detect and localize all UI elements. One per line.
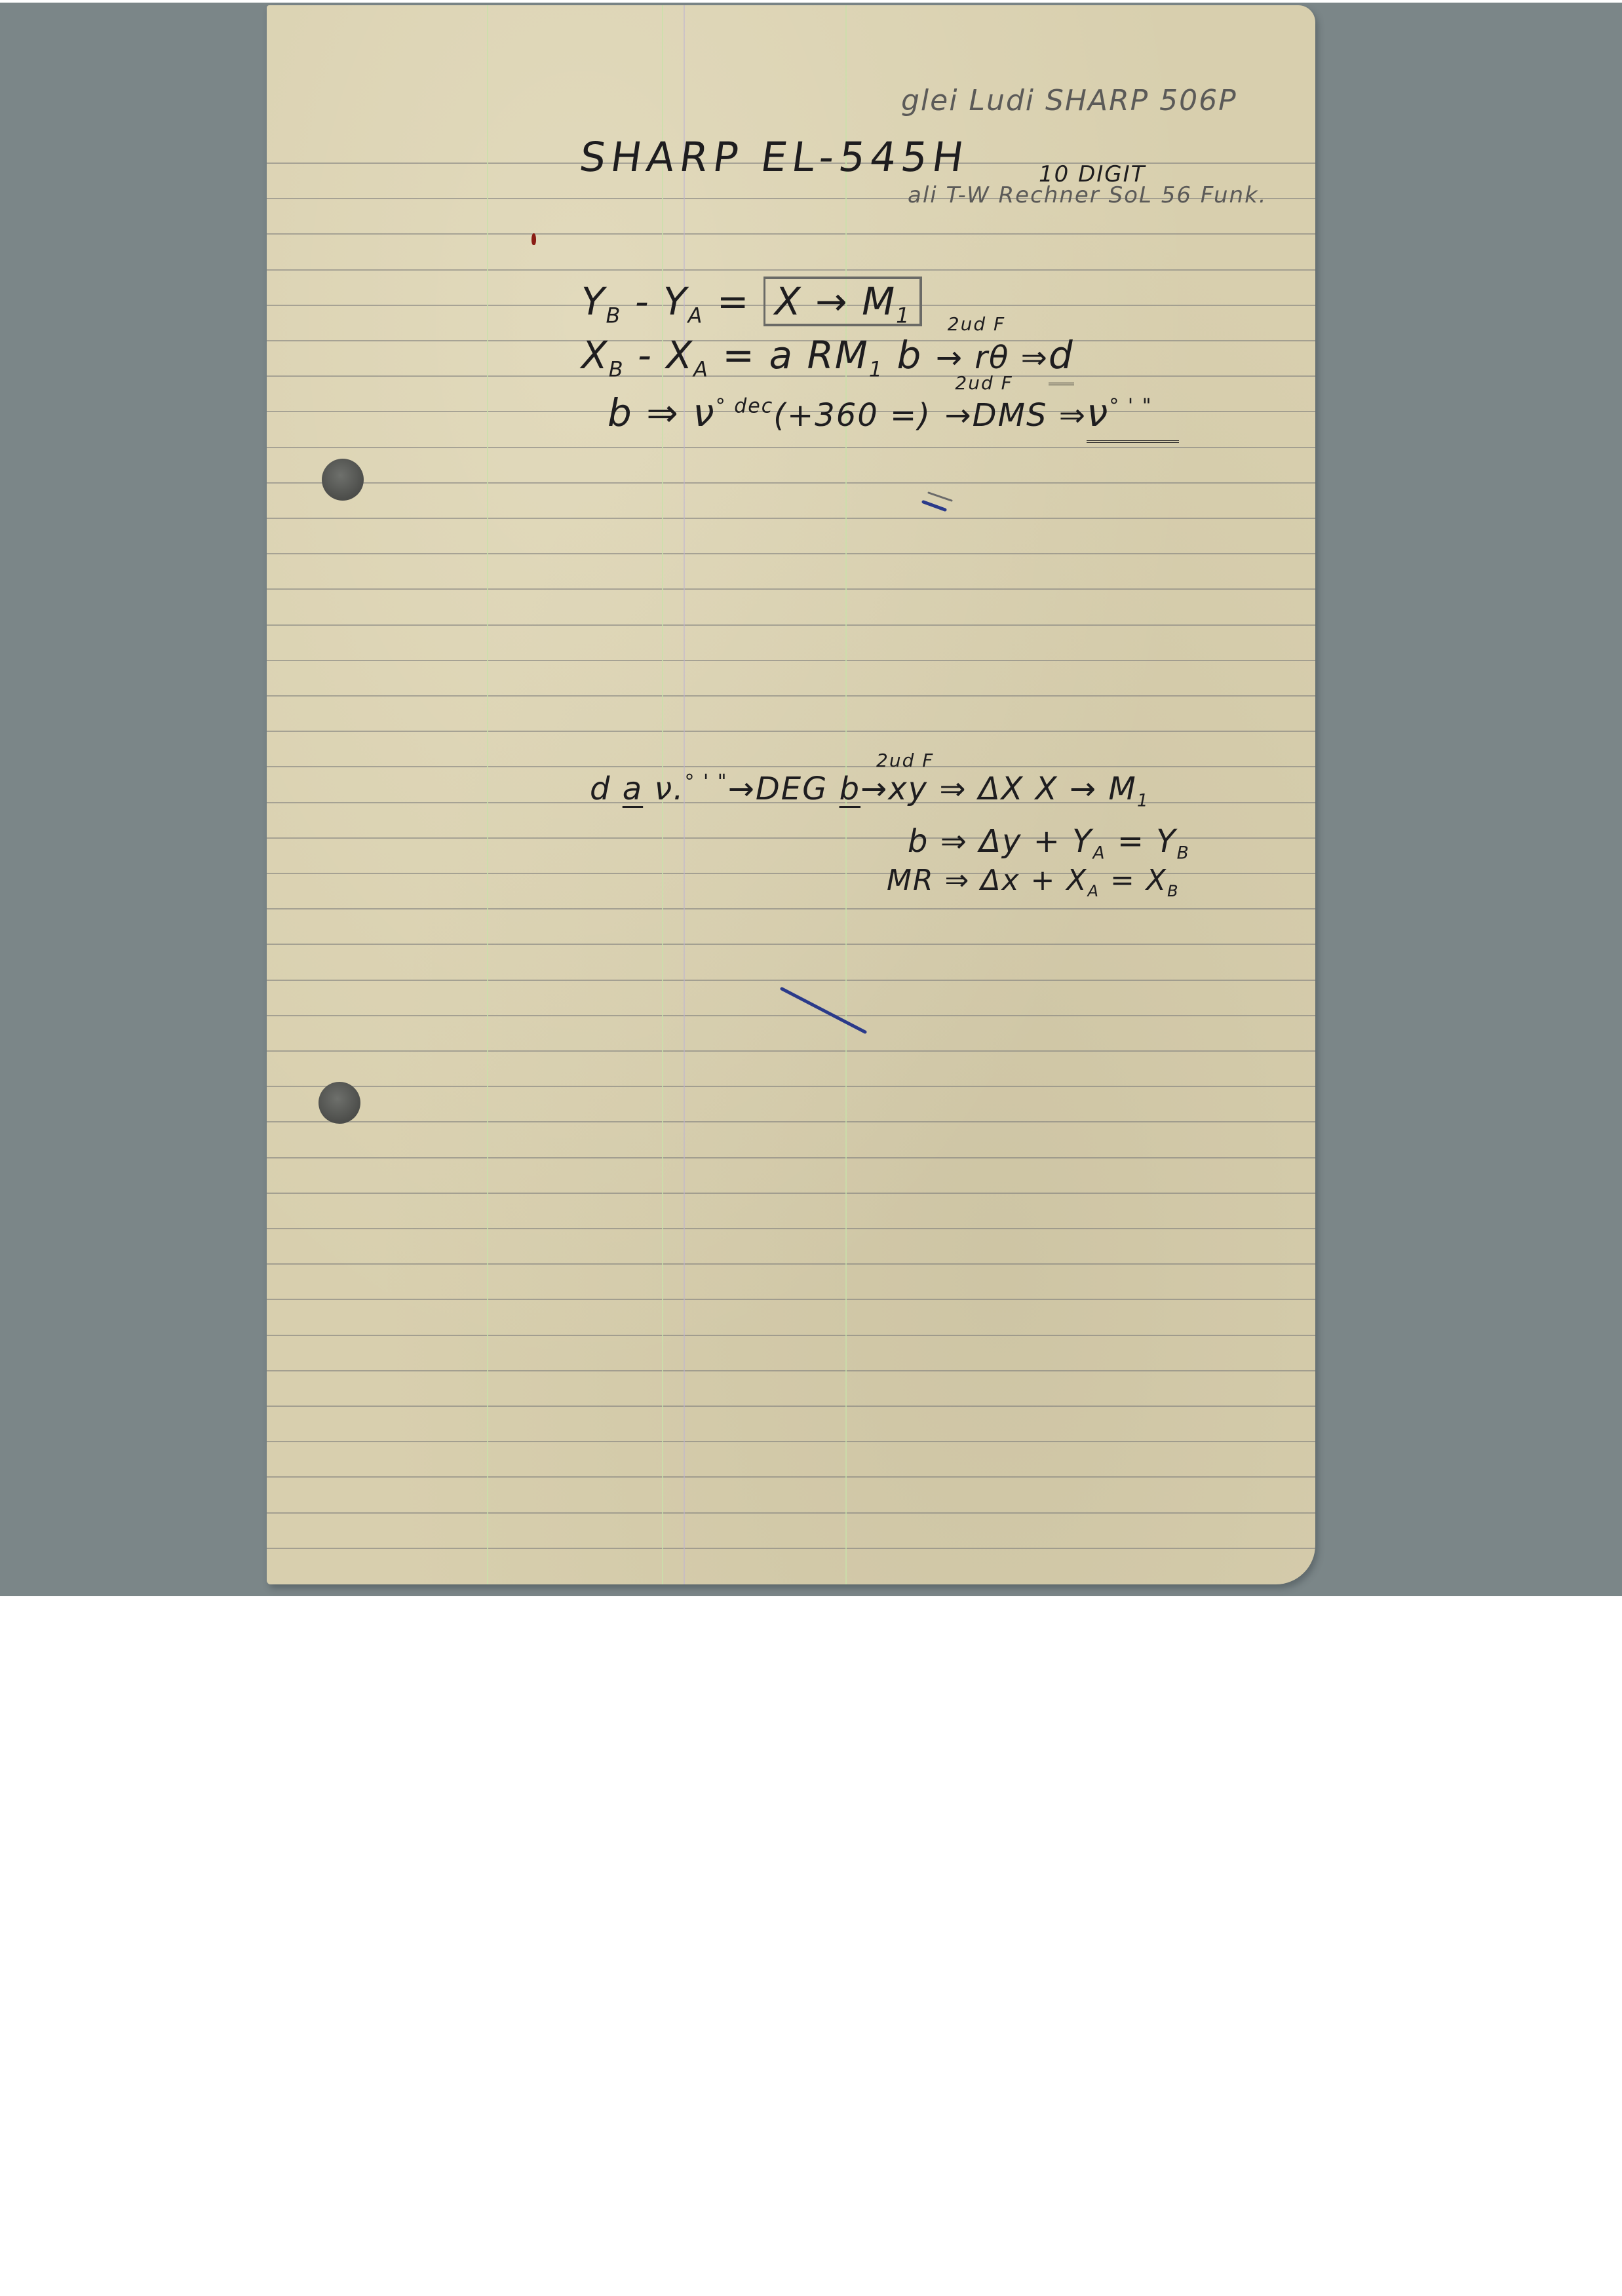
formula-superscript: ° ' " bbox=[1109, 395, 1152, 418]
formula-subscript: A bbox=[1088, 882, 1100, 900]
formula-subscript: 1 bbox=[1137, 791, 1149, 811]
note-calculator: ali T-W Rechner SoL 56 Funk. bbox=[908, 182, 1267, 208]
result-angle: ν° ' " bbox=[1087, 391, 1179, 443]
formula-term: X → M bbox=[775, 279, 896, 324]
formula-term: = a RM bbox=[709, 333, 869, 377]
formula-operator: →DEG bbox=[728, 771, 840, 807]
page-title: SHARP EL-545H bbox=[577, 133, 972, 181]
formula-subscript: A bbox=[1093, 843, 1106, 864]
formula-term: a bbox=[623, 771, 643, 807]
annotated-operation: 2ud F→DMS ⇒ bbox=[944, 391, 1087, 435]
formula-term: X bbox=[581, 333, 609, 377]
formula-subscript: 1 bbox=[896, 303, 910, 328]
formula-line-3: b ⇒ ν° dec(+360 =) 2ud F→DMS ⇒ ν° ' " bbox=[608, 391, 1179, 435]
formula-term: - Y bbox=[621, 279, 687, 324]
result-distance: d bbox=[1049, 333, 1074, 385]
formula-superscript: ° dec bbox=[716, 395, 774, 418]
formula-term: b bbox=[883, 333, 936, 377]
second-function-annotation: 2ud F bbox=[955, 372, 1013, 394]
second-function-annotation: 2ud F bbox=[948, 313, 1005, 335]
formula-term: Y bbox=[581, 279, 606, 324]
formula-term: (+360 =) bbox=[773, 397, 931, 434]
formula-superscript: ° ' " bbox=[684, 771, 727, 794]
second-function-annotation: 2ud F bbox=[876, 750, 934, 771]
formula-subscript: 1 bbox=[869, 357, 883, 382]
formula-operator: = bbox=[703, 279, 763, 324]
formula-line-1: YB - YA = X → M1 bbox=[581, 279, 922, 328]
formula-subscript: B bbox=[1167, 882, 1180, 900]
formula-line-5: b ⇒ Δy + YA = YB bbox=[908, 823, 1190, 864]
formula-term: MR ⇒ Δx + X bbox=[887, 864, 1088, 897]
annotated-operation: 2ud F→ rθ ⇒ bbox=[936, 333, 1049, 377]
formula-term: - X bbox=[625, 333, 694, 377]
formula-term: b bbox=[840, 771, 860, 807]
formula-subscript: B bbox=[606, 303, 621, 328]
formula-operator: → rθ ⇒ bbox=[936, 339, 1049, 376]
formula-term: d bbox=[590, 771, 623, 807]
formula-operator: →DMS ⇒ bbox=[944, 397, 1087, 434]
formula-subscript: A bbox=[688, 303, 704, 328]
formula-line-4: d a ν.° ' "→DEG b2ud F →xy ⇒ ΔX X → M1 bbox=[590, 771, 1149, 811]
formula-line-6: MR ⇒ Δx + XA = XB bbox=[887, 864, 1180, 900]
formula-term: →xy ⇒ ΔX X → M bbox=[860, 771, 1137, 807]
notebook-page: glei Ludi SHARP 506P SHARP EL-545H 10 DI… bbox=[267, 5, 1315, 1584]
formula-subscript: A bbox=[693, 357, 709, 382]
note-similar-model: glei Ludi SHARP 506P bbox=[901, 84, 1237, 117]
formula-term: b ⇒ Δy + Y bbox=[908, 823, 1093, 860]
formula-term: = Y bbox=[1106, 823, 1177, 860]
formula-term: b ⇒ ν bbox=[608, 391, 716, 435]
formula-subscript: B bbox=[609, 357, 625, 382]
formula-subscript: B bbox=[1177, 843, 1190, 864]
annotated-operation: 2ud F →xy ⇒ ΔX X → M bbox=[860, 771, 1137, 807]
formula-term: ν. bbox=[643, 771, 684, 807]
formula-term: ν bbox=[1087, 391, 1109, 435]
formula-term: = X bbox=[1100, 864, 1167, 897]
boxed-memory-step: X → M1 bbox=[763, 277, 923, 326]
